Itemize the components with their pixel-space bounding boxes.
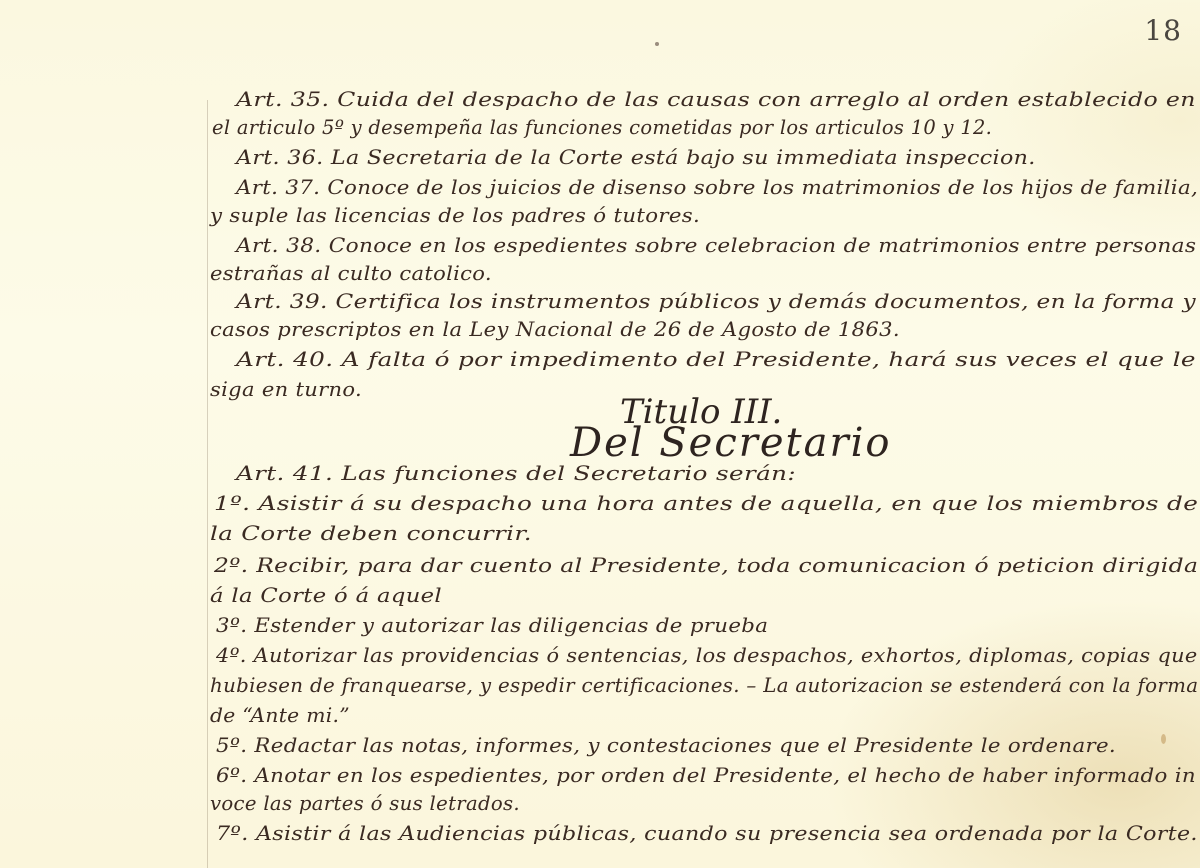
manuscript-line: casos prescriptos en la Ley Nacional de …	[210, 318, 900, 341]
manuscript-page: 18 Titulo III. Del Secretario Art. 35. C…	[0, 0, 1200, 868]
page-number: 18	[1144, 14, 1182, 47]
manuscript-line: Art. 35. Cuida del despacho de las causa…	[236, 88, 1196, 111]
manuscript-line: Art. 37. Conoce de los juicios de disens…	[236, 176, 1198, 199]
ink-blot	[1161, 734, 1166, 744]
manuscript-line: y suple las licencias de los padres ó tu…	[210, 204, 700, 227]
manuscript-line: 1º. Asistir á su despacho una hora antes…	[214, 492, 1198, 515]
manuscript-line: 3º. Estender y autorizar las diligencias…	[216, 614, 768, 637]
manuscript-line: 5º. Redactar las notas, informes, y cont…	[216, 734, 1116, 757]
manuscript-line: Art. 38. Conoce en los espedientes sobre…	[236, 234, 1196, 257]
manuscript-line: 6º. Anotar en los espedientes, por orden…	[216, 764, 1196, 787]
manuscript-line: Art. 41. Las funciones del Secretario se…	[236, 462, 796, 485]
ink-speck	[655, 42, 659, 46]
manuscript-line: 4º. Autorizar las providencias ó sentenc…	[216, 644, 1198, 667]
manuscript-line: estrañas al culto catolico.	[210, 262, 492, 285]
manuscript-line: el articulo 5º y desempeña las funciones…	[212, 116, 992, 139]
manuscript-line: voce las partes ó sus letrados.	[210, 792, 520, 815]
manuscript-line: Art. 36. La Secretaria de la Corte está …	[236, 146, 1036, 169]
manuscript-line: Art. 40. A falta ó por impedimento del P…	[236, 348, 1196, 371]
manuscript-line: hubiesen de franquearse, y espedir certi…	[210, 674, 1198, 697]
manuscript-line: Art. 39. Certifica los instrumentos públ…	[236, 290, 1196, 313]
margin-rule	[207, 100, 208, 868]
manuscript-line: de “Ante mi.”	[210, 704, 350, 727]
manuscript-line: siga en turno.	[210, 378, 362, 401]
manuscript-line: 7º. Asistir á las Audiencias públicas, c…	[216, 822, 1198, 845]
manuscript-line: 2º. Recibir, para dar cuento al Presiden…	[214, 554, 1198, 577]
manuscript-line: á la Corte ó á aquel	[210, 584, 442, 607]
manuscript-line: la Corte deben concurrir.	[210, 522, 532, 545]
section-title-name: Del Secretario	[570, 420, 891, 466]
